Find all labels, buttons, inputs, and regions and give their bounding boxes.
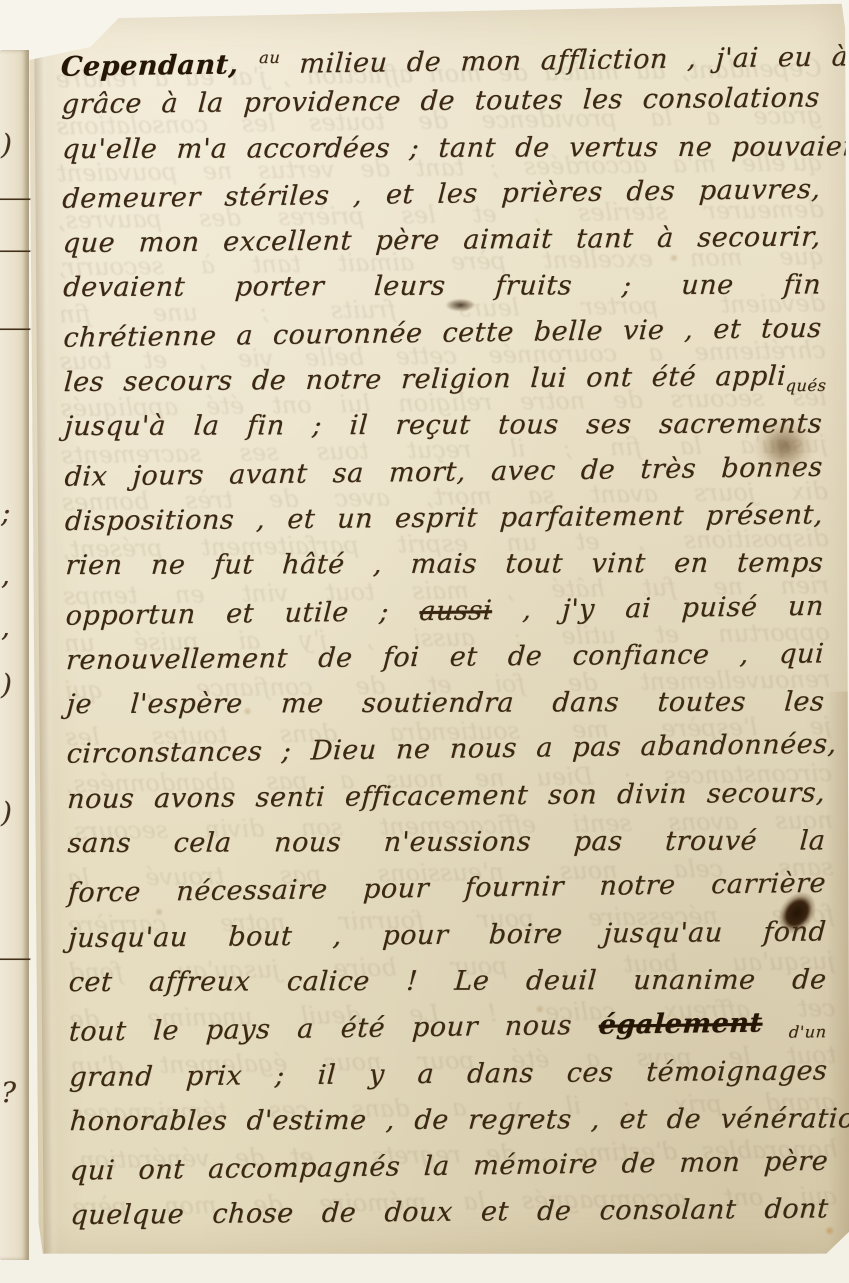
letter-line: tout le pays a été pour nous également d…: [68, 1000, 829, 1056]
letter-line: chrétienne a couronnée cette belle vie ,…: [62, 306, 823, 362]
letter-text-segment: nous avons senti efficacement son divin …: [66, 777, 826, 815]
edge-ink-fragment: ): [1, 128, 12, 161]
letter-text-segment: je l'espère me soutiendra dans toutes le…: [66, 687, 826, 721]
letter-line: dispositions , et un esprit parfaitement…: [64, 492, 825, 545]
letter-text-segment: demeurer stériles , et les prières des p…: [62, 174, 822, 215]
letter-text-segment: opportun et utile ;: [65, 596, 421, 632]
letter-line: que mon excellent père aimait tant à sec…: [61, 215, 822, 268]
edge-ink-fragment: —: [0, 946, 32, 971]
letter-text-segment: au: [259, 48, 281, 67]
letter-text-segment: force nécessaire pour fournir notre carr…: [67, 868, 827, 909]
edge-ink-fragment: ): [1, 668, 12, 701]
letter-text-segment: qui ont accompagnés la mémoire de mon pè…: [69, 1146, 829, 1187]
letter-paper-sheet: Cependant, au milieu de mon affliction ,…: [29, 4, 849, 1260]
letter-text-segment: renouvellement de foi et de confiance , …: [65, 638, 825, 676]
letter-line: je l'espère me soutiendra dans toutes le…: [65, 680, 826, 729]
scanned-letter-page: Cependant, au milieu de mon affliction ,…: [0, 0, 849, 1283]
letter-line: qu'elle m'a accordées ; tant de vertus n…: [61, 124, 822, 173]
letter-text-segment: honorables d'estime , de regrets , et de…: [69, 1103, 849, 1137]
letter-text-segment: [762, 1008, 791, 1039]
letter-line: grand prix ; il y a dans ces témoignages: [68, 1048, 829, 1101]
letter-line: jusqu'à la fin ; il reçut tous ses sacre…: [63, 402, 824, 451]
edge-ink-fragment: ): [1, 796, 12, 829]
letter-text-segment: jusqu'à la fin ; il reçut tous ses sacre…: [63, 409, 823, 443]
letter-line: devaient porter leurs fruits ; une fin: [62, 263, 823, 312]
letter-text-segment: quelque chose de doux et de consolant do…: [70, 1194, 830, 1232]
letter-line: cet affreux calice ! Le deuil unanime de: [67, 957, 828, 1006]
letter-text-segment: tout le pays a été pour nous: [68, 1010, 600, 1048]
letter-line: opportun et utile ; aussi , j'y ai puisé…: [64, 583, 825, 639]
edge-ink-fragment: ,: [1, 558, 10, 591]
letter-text-segment: jusqu'au bout , pour boire jusqu'au fond: [67, 916, 827, 954]
letter-line: rien ne fut hâté , mais tout vint en tem…: [64, 541, 825, 590]
letter-line: circonstances ; Dieu ne nous a pas aband…: [65, 722, 826, 778]
letter-line: dix jours avant sa mort, avec de très bo…: [63, 444, 824, 500]
letter-line: force nécessaire pour fournir notre carr…: [66, 861, 827, 917]
letter-body: Cependant, au milieu de mon affliction ,…: [61, 30, 828, 1240]
letter-text-segment: , j'y ai puisé un: [491, 590, 825, 625]
letter-text-segment: circonstances ; Dieu ne nous a pas aband…: [66, 729, 838, 770]
letter-line: nous avons senti efficacement son divin …: [66, 770, 827, 823]
letter-line: sans cela nous n'eussions pas trouvé la: [66, 818, 827, 867]
edge-ink-fragment: —: [0, 238, 32, 263]
edge-ink-fragment: ;: [1, 496, 10, 529]
left-crease-shadow: [34, 10, 60, 1260]
letter-text-segment: grâce à la providence de toutes les cons…: [61, 83, 821, 121]
letter-line: grâce à la providence de toutes les cons…: [60, 76, 821, 129]
edge-ink-fragment: ,: [1, 610, 10, 643]
letter-line: renouvellement de foi et de confiance , …: [65, 631, 826, 684]
letter-text-segment: grand prix ; il y a dans ces témoignages: [68, 1055, 828, 1093]
letter-text-segment: également: [598, 1008, 764, 1041]
letter-line: jusqu'au bout , pour boire jusqu'au fond: [67, 909, 828, 962]
letter-text-segment: cet affreux calice ! Le deuil unanime de: [68, 964, 828, 998]
letter-text-segment: milieu de mon affliction , j'ai eu à ren…: [279, 40, 849, 80]
letter-text-segment: rien ne fut hâté , mais tout vint en tem…: [65, 548, 825, 582]
edge-ink-fragment: ?: [1, 1076, 16, 1109]
letter-text-segment: aussi: [419, 595, 493, 627]
letter-line: quelque chose de doux et de consolant do…: [69, 1187, 830, 1240]
letter-text-segment: qués: [785, 376, 827, 395]
letter-text-segment: Cependant,: [60, 49, 260, 83]
letter-line: honorables d'estime , de regrets , et de…: [68, 1096, 829, 1145]
letter-text-segment: que mon excellent père aimait tant à sec…: [62, 222, 822, 260]
letter-text-segment: sans cela nous n'eussions pas trouvé la: [67, 825, 827, 859]
letter-line: les secours de notre religion lui ont ét…: [62, 354, 823, 407]
edge-ink-fragment: —: [0, 316, 32, 341]
letter-text-segment: dix jours avant sa mort, avec de très bo…: [64, 451, 824, 492]
letter-text-segment: les secours de notre religion lui ont ét…: [63, 361, 787, 398]
edge-ink-fragment: —: [0, 186, 32, 211]
letter-text-segment: dispositions , et un esprit parfaitement…: [64, 499, 824, 537]
letter-text-segment: devaient porter leurs fruits ; une fin: [62, 270, 822, 304]
letter-text-segment: chrétienne a couronnée cette belle vie ,…: [63, 313, 823, 354]
letter-text-segment: d'un: [788, 1022, 827, 1042]
letter-text-segment: qu'elle m'a accordées ; tant de vertus n…: [61, 131, 849, 165]
